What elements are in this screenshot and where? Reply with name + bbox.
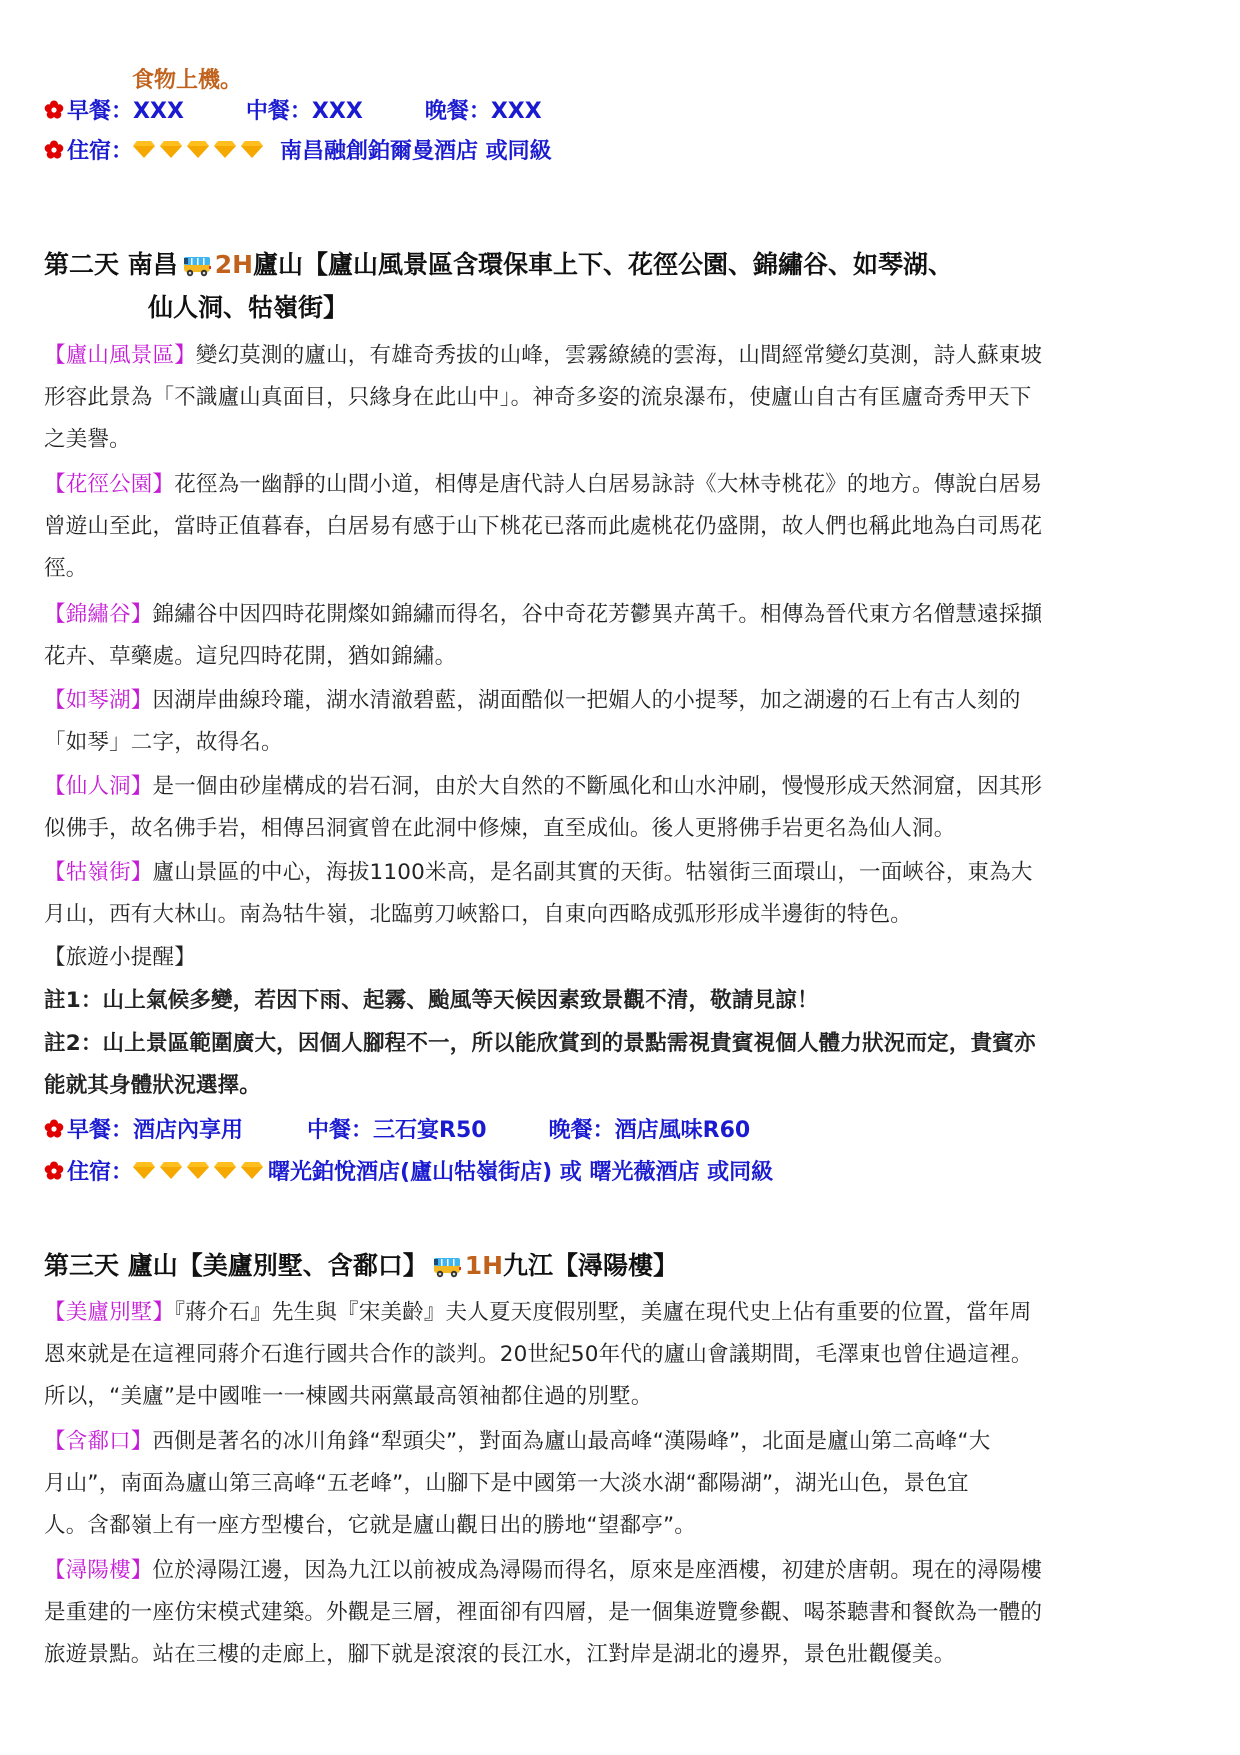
diamond-star-icon bbox=[133, 1161, 155, 1179]
hotel-name: 南昌融創鉑爾曼酒店 或同級 bbox=[280, 139, 552, 164]
diamond-star-icon bbox=[214, 140, 236, 158]
tips-title: 【旅遊小提醒】 bbox=[44, 943, 196, 973]
section-xunyang-line-1: 【潯陽樓】位於潯陽江邊，因為九江以前被成為潯陽而得名，原來是座酒樓，初建於唐朝。… bbox=[44, 1556, 1042, 1586]
section-hanpo-line-3: 人。含鄱嶺上有一座方型樓台，它就是廬山觀日出的勝地“望鄱亭”。 bbox=[44, 1511, 696, 1541]
tip-note-1: 註1：山上氣候多變，若因下雨、起霧、颱風等天候因素致景觀不清，敬請見諒！ bbox=[44, 986, 819, 1016]
section-meilu-line-3: 所以，“美廬”是中國唯一一棟國共兩黨最高領袖都住過的別墅。 bbox=[44, 1382, 653, 1412]
lodging-label: 住宿： bbox=[67, 139, 133, 164]
day1-lodging: 住宿：南昌融創鉑爾曼酒店 或同級 bbox=[44, 137, 552, 167]
dinner-value: 酒店風味R60 bbox=[615, 1118, 751, 1143]
diamond-star-icon bbox=[160, 1161, 182, 1179]
bus-icon bbox=[432, 1255, 462, 1279]
section-jinxiu-line-1: 【錦繡谷】錦繡谷中因四時花開燦如錦繡而得名，谷中奇花芳鬱異卉萬千。相傳為晉代東方… bbox=[44, 600, 1042, 630]
day1-meals: 早餐：XXX中餐：XXX晚餐：XXX bbox=[44, 97, 542, 127]
diamond-star-icon bbox=[160, 140, 182, 158]
section-tag: 【含鄱口】 bbox=[44, 1429, 153, 1454]
diamond-star-icon bbox=[241, 1161, 263, 1179]
section-huajing-line-3: 徑。 bbox=[44, 554, 87, 584]
lunch-value: 三石宴R50 bbox=[373, 1118, 487, 1143]
lunch-value: XXX bbox=[312, 99, 363, 124]
section-lushan-line-2: 形容此景為「不識廬山真面目，只緣身在此山中」。神奇多姿的流泉瀑布，使廬山自古有匡… bbox=[44, 383, 1031, 413]
bus-icon bbox=[182, 254, 212, 278]
tip-note-2-line-1: 註2：山上景區範圍廣大，因個人腳程不一，所以能欣賞到的景點需視貴賓視個人體力狀況… bbox=[44, 1029, 1036, 1059]
section-jinxiu-line-2: 花卉、草藥處。這兒四時花開，猶如錦繡。 bbox=[44, 642, 456, 672]
breakfast-value: XXX bbox=[133, 99, 184, 124]
section-tag: 【花徑公園】 bbox=[44, 472, 174, 497]
dinner-label: 晚餐： bbox=[425, 99, 491, 124]
section-tag: 【廬山風景區】 bbox=[44, 343, 196, 368]
hotel-rating bbox=[133, 137, 268, 167]
lunch-label: 中餐： bbox=[246, 99, 312, 124]
section-huajing-line-2: 曾遊山至此，當時正值暮春，白居易有感于山下桃花已落而此處桃花仍盛開，故人們也稱此… bbox=[44, 512, 1042, 542]
day2-title-line2: 仙人洞、牯嶺街】 bbox=[148, 293, 348, 323]
section-xunyang-line-2: 是重建的一座仿宋模式建築。外觀是三層，裡面卻有四層，是一個集遊覽參觀、喝茶聽書和… bbox=[44, 1598, 1042, 1628]
section-huajing-line-1: 【花徑公園】花徑為一幽靜的山間小道，相傳是唐代詩人白居易詠詩《大林寺桃花》的地方… bbox=[44, 470, 1042, 500]
section-guling-line-2: 月山，西有大林山。南為牯牛嶺，北臨剪刀峽豁口，自東向西略成弧形形成半邊街的特色。 bbox=[44, 900, 912, 930]
lodging-label: 住宿： bbox=[67, 1160, 133, 1185]
tip-note-2-line-2: 能就其身體狀況選擇。 bbox=[44, 1071, 261, 1101]
hotel-name: 曙光鉑悅酒店(廬山牯嶺街店) 或 曙光薇酒店 或同級 bbox=[268, 1160, 773, 1185]
section-tag: 【潯陽樓】 bbox=[44, 1558, 153, 1583]
day2-lodging: 住宿：曙光鉑悅酒店(廬山牯嶺街店) 或 曙光薇酒店 或同級 bbox=[44, 1158, 773, 1188]
flower-bullet-icon bbox=[44, 1119, 64, 1139]
section-hanpo-line-1: 【含鄱口】西側是著名的冰川角鋒“犁頭尖”，對面為廬山最高峰“漢陽峰”，北面是廬山… bbox=[44, 1427, 990, 1457]
dinner-label: 晚餐： bbox=[549, 1118, 615, 1143]
section-ruqin-line-1: 【如琴湖】因湖岸曲線玲瓏，湖水清澈碧藍，湖面酷似一把媚人的小提琴，加之湖邊的石上… bbox=[44, 686, 1021, 716]
section-xianren-line-1: 【仙人洞】是一個由砂崖構成的岩石洞，由於大自然的不斷風化和山水沖刷，慢慢形成天然… bbox=[44, 772, 1042, 802]
section-tag: 【如琴湖】 bbox=[44, 688, 153, 713]
section-ruqin-line-2: 「如琴」二字，故得名。 bbox=[44, 728, 283, 758]
section-xianren-line-2: 似佛手，故名佛手岩，相傳呂洞賓曾在此洞中修煉，直至成仙。後人更將佛手岩更名為仙人… bbox=[44, 814, 955, 844]
section-tag: 【牯嶺街】 bbox=[44, 860, 153, 885]
day3-title: 第三天 廬山【美廬別墅、含鄱口】1H九江【潯陽樓】 bbox=[44, 1251, 678, 1281]
section-meilu-line-1: 【美廬別墅】『蔣介石』先生與『宋美齡』夫人夏天度假別墅，美廬在現代史上佔有重要的… bbox=[44, 1298, 1031, 1328]
day2-duration: 2H bbox=[215, 250, 253, 279]
section-guling-line-1: 【牯嶺街】廬山景區的中心，海拔1100米高，是名副其實的天街。牯嶺街三面環山，一… bbox=[44, 858, 1033, 888]
hotel-rating bbox=[133, 1158, 268, 1188]
day2-meals: 早餐：酒店內享用中餐：三石宴R50晚餐：酒店風味R60 bbox=[44, 1116, 750, 1146]
lunch-label: 中餐： bbox=[307, 1118, 373, 1143]
diamond-star-icon bbox=[133, 140, 155, 158]
diamond-star-icon bbox=[187, 140, 209, 158]
section-lushan-line-1: 【廬山風景區】變幻莫測的廬山，有雄奇秀拔的山峰，雲霧繚繞的雲海，山間經常變幻莫測… bbox=[44, 341, 1042, 371]
flower-bullet-icon bbox=[44, 1161, 64, 1181]
section-tag: 【仙人洞】 bbox=[44, 774, 153, 799]
section-tag: 【錦繡谷】 bbox=[44, 602, 153, 627]
breakfast-label: 早餐： bbox=[67, 1118, 133, 1143]
day2-title-prefix: 第二天 南昌 bbox=[44, 250, 178, 279]
section-tag: 【美廬別墅】 bbox=[44, 1300, 174, 1325]
diamond-star-icon bbox=[187, 1161, 209, 1179]
day3-duration: 1H bbox=[465, 1251, 503, 1280]
dinner-value: XXX bbox=[491, 99, 542, 124]
section-meilu-line-2: 恩來就是在這裡同蔣介石進行國共合作的談判。20世紀50年代的廬山會議期間，毛澤東… bbox=[44, 1340, 1033, 1370]
section-hanpo-line-2: 月山”，南面為廬山第三高峰“五老峰”，山腳下是中國第一大淡水湖“鄱陽湖”，湖光山… bbox=[44, 1469, 969, 1499]
diamond-star-icon bbox=[214, 1161, 236, 1179]
flower-bullet-icon bbox=[44, 140, 64, 160]
day2-title-dest: 廬山【廬山風景區含環保車上下、花徑公園、錦繡谷、如琴湖、 bbox=[253, 250, 953, 279]
section-xunyang-line-3: 旅遊景點。站在三樓的走廊上，腳下就是滾滾的長江水，江對岸是湖北的邊界，景色壯觀優… bbox=[44, 1640, 955, 1670]
food-note: 食物上機。 bbox=[132, 66, 242, 96]
day2-title: 第二天 南昌2H廬山【廬山風景區含環保車上下、花徑公園、錦繡谷、如琴湖、 bbox=[44, 250, 953, 280]
day3-title-dest: 九江【潯陽樓】 bbox=[503, 1251, 678, 1280]
breakfast-label: 早餐： bbox=[67, 99, 133, 124]
flower-bullet-icon bbox=[44, 100, 64, 120]
day3-title-prefix: 第三天 廬山【美廬別墅、含鄱口】 bbox=[44, 1251, 428, 1280]
breakfast-value: 酒店內享用 bbox=[133, 1118, 243, 1143]
section-lushan-line-3: 之美譽。 bbox=[44, 425, 131, 455]
diamond-star-icon bbox=[241, 140, 263, 158]
